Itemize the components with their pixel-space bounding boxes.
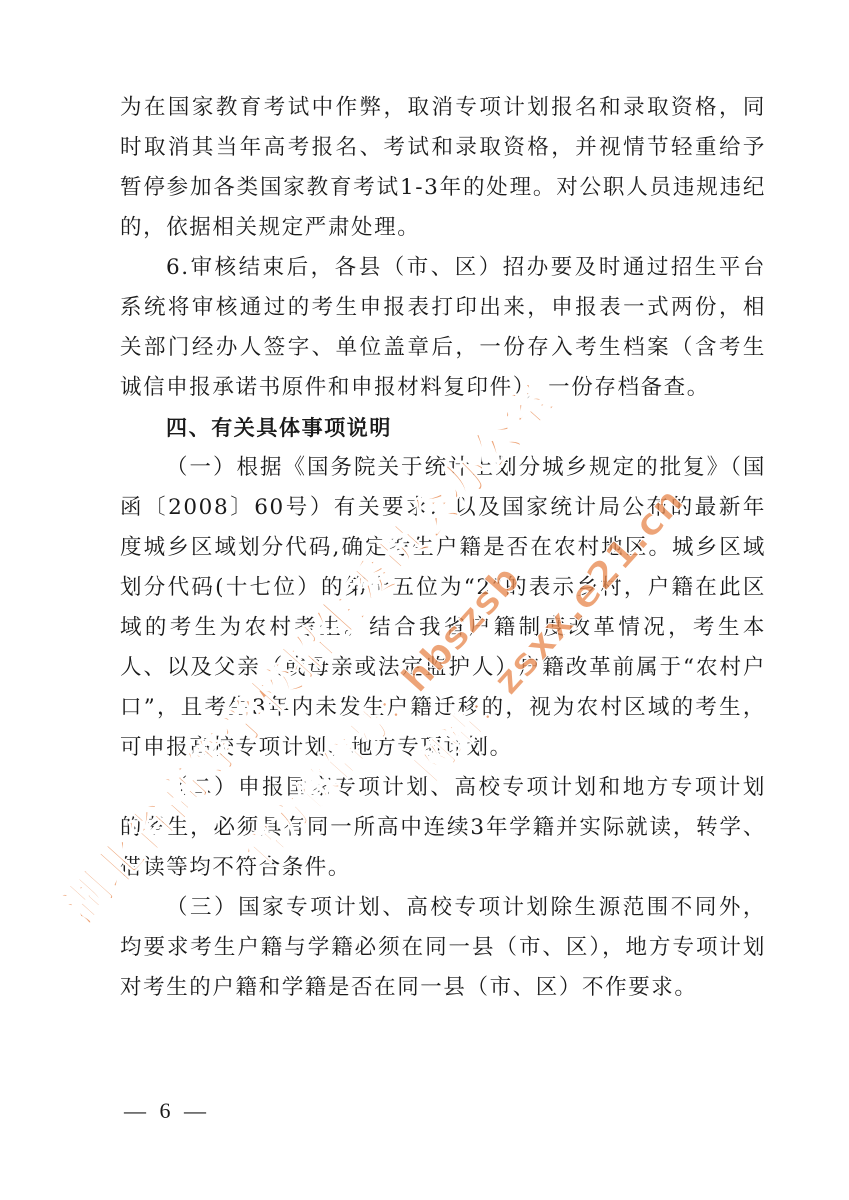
document-page: 为在国家教育考试中作弊，取消专项计划报名和录取资格，同时取消其当年高考报名、考试…: [0, 0, 849, 1200]
paragraph-continuation: 为在国家教育考试中作弊，取消专项计划报名和录取资格，同时取消其当年高考报名、考试…: [120, 88, 766, 248]
paragraph-subitem-2: （二）申报国家专项计划、高校专项计划和地方专项计划的考生，必须具有同一所高中连续…: [120, 768, 766, 888]
paragraph-subitem-3: （三）国家专项计划、高校专项计划除生源范围不同外，均要求考生户籍与学籍必须在同一…: [120, 888, 766, 1008]
page-number: — 6 —: [124, 1098, 210, 1124]
paragraph-subitem-1: （一）根据《国务院关于统计上划分城乡规定的批复》（国函〔2008〕60号）有关要…: [120, 448, 766, 768]
paragraph-item-6: 6.审核结束后，各县（市、区）招办要及时通过招生平台系统将审核通过的考生申报表打…: [120, 248, 766, 408]
section-heading-4: 四、有关具体事项说明: [120, 408, 766, 448]
document-body: 为在国家教育考试中作弊，取消专项计划报名和录取资格，同时取消其当年高考报名、考试…: [120, 88, 766, 1008]
